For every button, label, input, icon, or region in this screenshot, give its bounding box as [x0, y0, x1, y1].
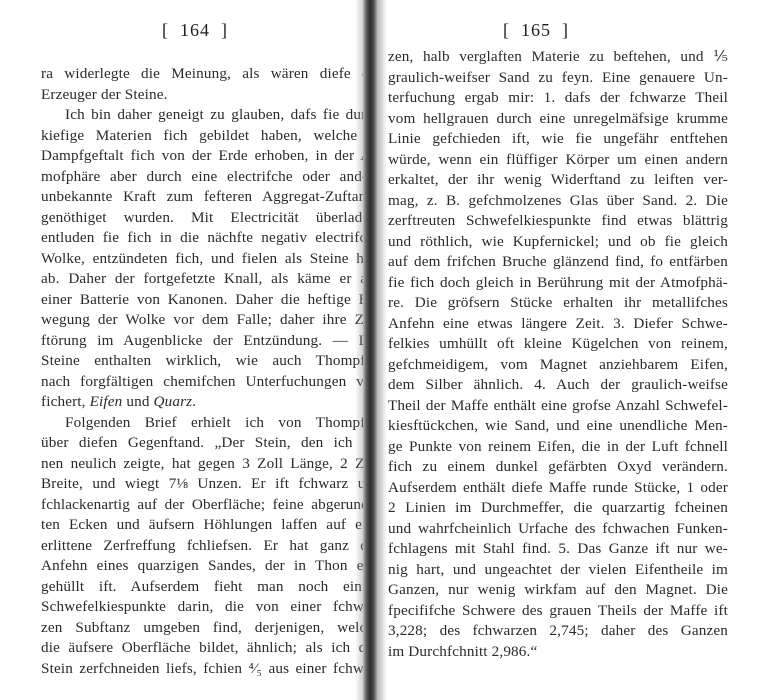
- page-number-left: [ 164 ]: [162, 20, 228, 41]
- text-line: ten Ecken und äufsern Höhlungen laffen a…: [41, 515, 370, 536]
- text-line: Dampfgeftalt fich von der Erde erhoben, …: [41, 146, 370, 167]
- text-line: ra widerlegte die Meinung, als wären die…: [41, 64, 370, 85]
- text-line: Steine enthalten wirklich, wie auch Thom…: [41, 351, 370, 372]
- text-line: entluden fie fich in die nächfte negativ…: [41, 228, 370, 249]
- text-line: zen, halb verglaften Materie zu beftehen…: [388, 47, 728, 68]
- text-line: fich zu einem dunkel gefärbten Oxyd verä…: [388, 457, 728, 478]
- text-line: nen neulich zeigte, hat gegen 3 Zoll Län…: [41, 454, 370, 475]
- text-line: Wolke, entzündeten fich, und fielen als …: [41, 249, 370, 270]
- text-line: zen Subftanz umgeben find, derjenigen, w…: [41, 618, 370, 639]
- text-line: dem Silber ähnlich. 4. Auch der graulich…: [388, 375, 728, 396]
- text-line: Anfehn eine etwas längere Zeit. 3. Diefe…: [388, 314, 728, 335]
- text-line: fchlagens mit Stahl find. 5. Das Ganze i…: [388, 539, 728, 560]
- text-line: genöthiget wurden. Mit Electricität über…: [41, 208, 370, 229]
- text-line: Linie gefchieden ift, wie fie ungefähr e…: [388, 129, 728, 150]
- text-line: felkies umhüllt oft kleine Kügelchen von…: [388, 334, 728, 355]
- text-line: und röthlich, wie Kupfernickel; und ob f…: [388, 232, 728, 253]
- text-line: Breite, und wiegt 7⅛ Unzen. Er ift fchwa…: [41, 474, 370, 495]
- text-line: Folgenden Brief erhielt ich von Thompfon: [41, 413, 370, 434]
- italic-word: Quarz: [154, 393, 193, 410]
- text-line: kiesftückchen, wie Sand, und eine unendl…: [388, 416, 728, 437]
- text-line: gehüllt ift. Aufserdem fieht man noch ei…: [41, 577, 370, 598]
- text-line: fpecififche Schwere des grauen Theils de…: [388, 601, 728, 622]
- text-line: Schwefelkiespunkte darin, die von einer …: [41, 597, 370, 618]
- right-page: [ 165 ] zen, halb verglaften Materie zu …: [370, 0, 765, 700]
- text-line: Theil der Maffe enthält eine grofse Anza…: [388, 396, 728, 417]
- gutter-shadow-left: [355, 0, 363, 700]
- text-line: vom hellgrauen durch eine unregelmäfsige…: [388, 109, 728, 130]
- text-line: mag, z. B. gefchmolzenes Glas über Sand.…: [388, 191, 728, 212]
- text-line: Erzeuger der Steine.: [41, 85, 370, 106]
- text-line: gefchmeidigem, vom Magnet anziehbarem Ei…: [388, 355, 728, 376]
- text-line: ftörung im Augenblicke der Entzündung. —…: [41, 331, 370, 352]
- text-line: Anfehn eines quarzigen Sandes, der in Th…: [41, 556, 370, 577]
- text-line: fichert, Eifen und Quarz.: [41, 392, 370, 413]
- text-line: 3,228; des fchwarzen 2,745; daher des Ga…: [388, 621, 728, 642]
- text-line: nach forgfältigen chemifchen Unterfuchun…: [41, 372, 370, 393]
- text-line: erlittene Zerfreffung fchliefsen. Er hat…: [41, 536, 370, 557]
- text-line: würde, wenn ein flüffiger Körper um eine…: [388, 150, 728, 171]
- text-line: 2 Linien im Durchmeffer, die quarzartig …: [388, 498, 728, 519]
- text-line: wegung der Wolke vor dem Falle; daher ih…: [41, 310, 370, 331]
- text-line: einer Batterie von Kanonen. Daher die he…: [41, 290, 370, 311]
- text-line: re. Die gröfsern Stücke erhalten ihr met…: [388, 293, 728, 314]
- text-line: zerftreuten Schwefelkiespunkte find etwa…: [388, 211, 728, 232]
- left-page-text: ra widerlegte die Meinung, als wären die…: [41, 64, 370, 679]
- text-line: Stein zerfchneiden liefs, fchien ⁴⁄₅ aus…: [41, 659, 370, 680]
- text-line: graulich-weifser Sand zu feyn. Eine gena…: [388, 68, 728, 89]
- text-line: Ich bin daher geneigt zu glauben, dafs f…: [41, 105, 370, 126]
- text-line: im Durchfchnitt 2,986.“: [388, 642, 728, 663]
- text-line: Ganzen, nur wenig wirkfam auf den Magnet…: [388, 580, 728, 601]
- right-page-text: zen, halb verglaften Materie zu beftehen…: [388, 47, 728, 662]
- text-line: ab. Daher der fortgefetzte Knall, als kä…: [41, 269, 370, 290]
- text-line: nig hart, und ungeachtet der vielen Eife…: [388, 560, 728, 581]
- text-line: die äufsere Oberfläche bildet, ähnlich; …: [41, 638, 370, 659]
- italic-word: Eifen: [90, 393, 123, 410]
- page-number-right: [ 165 ]: [503, 20, 569, 41]
- text-line: erkaltet, der ihr wenig Widerftand zu le…: [388, 170, 728, 191]
- text-line: und wahrfcheinlich Urfache des fchwachen…: [388, 519, 728, 540]
- text-line: fchlackenartig auf der Oberfläche; feine…: [41, 495, 370, 516]
- text-line: unbekannte Kraft zum fefteren Aggregat-Z…: [41, 187, 370, 208]
- text-line: über diefen Gegenftand. „Der Stein, den …: [41, 433, 370, 454]
- text-line: mofphäre aber durch eine electrifche ode…: [41, 167, 370, 188]
- left-page: [ 164 ] ra widerlegte die Meinung, als w…: [0, 0, 370, 700]
- text-line: ge Punkte von reinem Eifen, die in der L…: [388, 437, 728, 458]
- text-line: fie fich doch gleich in Berührung mit de…: [388, 273, 728, 294]
- text-line: auf dem frifchen Bruche glänzend find, f…: [388, 252, 728, 273]
- text-line: kiefige Materien fich gebildet haben, we…: [41, 126, 370, 147]
- text-line: Aufserdem enthält diefe Maffe runde Stüc…: [388, 478, 728, 499]
- text-line: terfuchung ergab mir: 1. dafs der fchwar…: [388, 88, 728, 109]
